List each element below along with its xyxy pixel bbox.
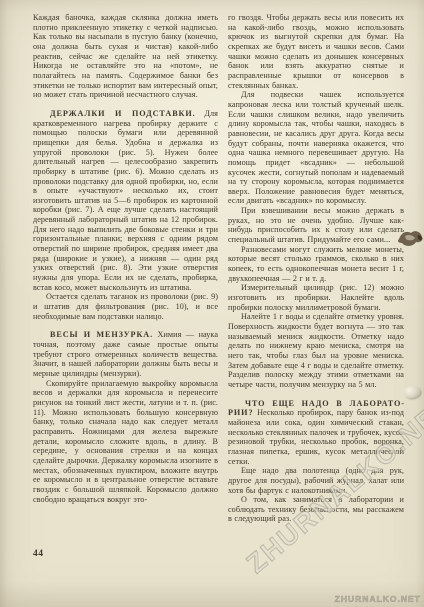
paper-speck xyxy=(403,384,422,400)
paragraph-text: Для подвески чашек используется капронов… xyxy=(228,90,404,205)
section-heading-scales: ВЕСЫ И МЕНЗУРКА. xyxy=(50,330,153,339)
footer-watermark: ZHURNALKO.NET xyxy=(335,594,421,604)
page-number: 44 xyxy=(33,549,44,559)
paragraph-text: Каждая баночка, каждая склянка должна им… xyxy=(33,13,218,99)
body-paragraph: Еще надо два полотенца (одно для рук, др… xyxy=(228,466,404,495)
body-paragraph: Остается сделать таганок из проволоки (р… xyxy=(33,292,218,321)
body-paragraph: Для подвески чашек используется капронов… xyxy=(228,90,404,206)
section-heading-holders: ДЕРЖАЛКИ И ПОДСТАВКИ. xyxy=(50,109,196,118)
body-paragraph: Скопируйте прилагаемую выкройку коромысл… xyxy=(33,379,218,505)
body-paragraph: При взвешивании весы можно держать в рук… xyxy=(228,206,404,245)
paragraph-text: го гвоздя. Чтобы держать весы или повеси… xyxy=(228,13,404,90)
paragraph-text: Остается сделать таганок из проволоки (р… xyxy=(33,292,218,320)
text-column-right: го гвоздя. Чтобы держать весы или повеси… xyxy=(228,13,404,524)
paragraph-text: Измерительный цилиндр (рис. 12) можно из… xyxy=(228,283,404,311)
paragraph-text: Несколько пробирок, пару банок из-под ма… xyxy=(228,408,404,465)
text-column-left: Каждая баночка, каждая склянка должна им… xyxy=(33,13,218,504)
body-paragraph: О том, как заниматься в лаборатории и со… xyxy=(228,495,404,524)
section-paragraph-lab-extras: ЧТО ЕЩЕ НАДО В ЛАБОРАТО­РИИ? Несколько п… xyxy=(228,399,404,467)
section-paragraph-holders: ДЕРЖАЛКИ И ПОДСТАВКИ. Для кратковременно… xyxy=(33,109,218,292)
body-paragraph: Каждая баночка, каждая склянка должна им… xyxy=(33,13,218,100)
body-paragraph: Измерительный цилиндр (рис. 12) можно из… xyxy=(228,283,404,312)
section-paragraph-scales: ВЕСЫ И МЕНЗУРКА. Химия — наука точная, п… xyxy=(33,330,218,378)
body-paragraph: Разновесами могут служить мелкие монеты,… xyxy=(228,245,404,284)
ink-blotch xyxy=(396,228,424,249)
paragraph-text: Разновесами могут служить мелкие монеты,… xyxy=(228,245,404,283)
body-paragraph: Налейте 1 г воды и сделайте отметку уров… xyxy=(228,312,404,389)
paragraph-text: Еще надо два полотенца (одно для рук, др… xyxy=(228,466,404,494)
body-paragraph: го гвоздя. Чтобы держать весы или повеси… xyxy=(228,13,404,90)
paragraph-text: При взвешивании весы можно держать в рук… xyxy=(228,206,404,244)
paragraph-text: Скопируйте прилагаемую выкройку коромысл… xyxy=(33,379,218,504)
scanned-book-page: Каждая баночка, каждая склянка должна им… xyxy=(0,0,424,607)
paragraph-text: Налейте 1 г воды и сделайте отметку уров… xyxy=(228,312,404,389)
paragraph-text: Для кратковременного нагрева пробирку де… xyxy=(33,109,218,292)
paragraph-text: О том, как заниматься в лаборатории и со… xyxy=(228,495,404,523)
